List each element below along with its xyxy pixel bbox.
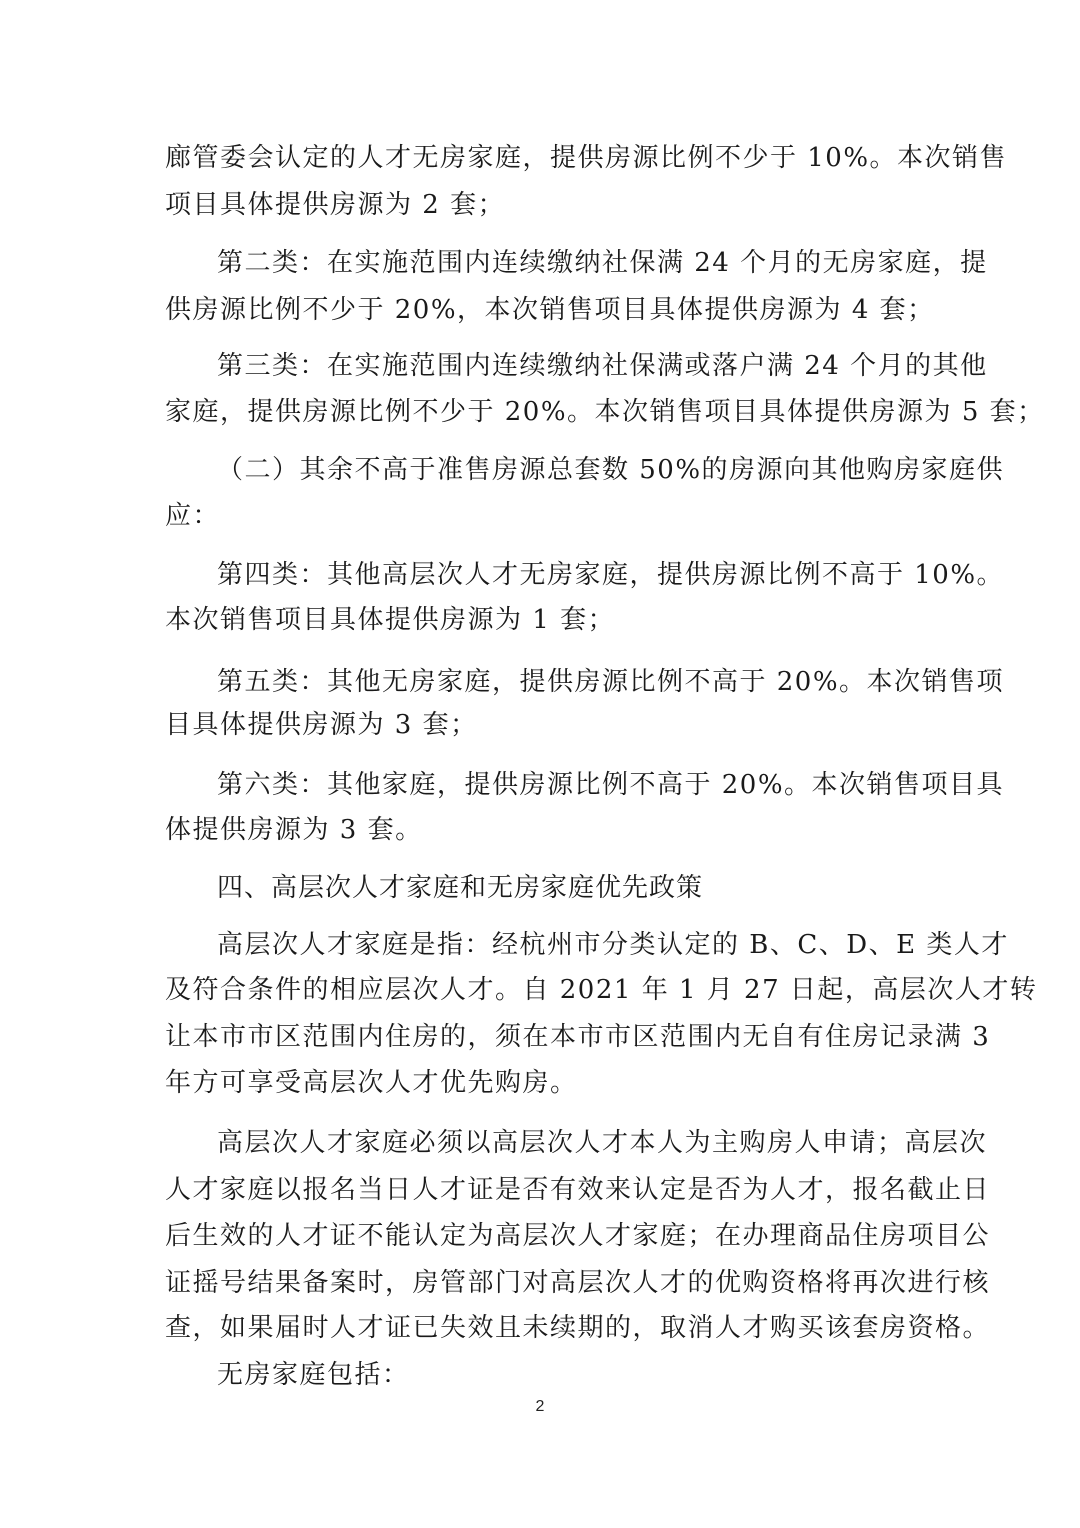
text-line: 廊管委会认定的人才无房家庭，提供房源比例不少于 10%。本次销售 — [165, 141, 917, 175]
paragraph-category-2: 第二类：在实施范围内连续缴纳社保满 24 个月的无房家庭，提 — [217, 246, 917, 280]
text-line: 及符合条件的相应层次人才。自 2021 年 1 月 27 日起，高层次人才转 — [165, 973, 917, 1007]
text-line: 项目具体提供房源为 2 套； — [165, 188, 917, 222]
document-page: 廊管委会认定的人才无房家庭，提供房源比例不少于 10%。本次销售 项目具体提供房… — [0, 0, 1080, 1528]
text-line: 查，如果届时人才证已失效且未续期的，取消人才购买该套房资格。 — [165, 1311, 917, 1345]
page-number: 2 — [0, 1398, 1080, 1416]
text-line: 后生效的人才证不能认定为高层次人才家庭；在办理商品住房项目公 — [165, 1219, 917, 1253]
text-line: 本次销售项目具体提供房源为 1 套； — [165, 603, 917, 637]
paragraph-category-5: 第五类：其他无房家庭，提供房源比例不高于 20%。本次销售项 — [217, 665, 917, 699]
paragraph-talent-definition: 高层次人才家庭是指：经杭州市分类认定的 B、C、D、E 类人才 — [217, 928, 917, 962]
paragraph-section-2: （二）其余不高于准售房源总套数 50%的房源向其他购房家庭供 — [217, 453, 917, 487]
text-line: 应： — [165, 499, 917, 533]
text-line: 供房源比例不少于 20%，本次销售项目具体提供房源为 4 套； — [165, 293, 917, 327]
paragraph-category-4: 第四类：其他高层次人才无房家庭，提供房源比例不高于 10%。 — [217, 558, 917, 592]
text-line: 让本市市区范围内住房的，须在本市市区范围内无自有住房记录满 3 — [165, 1020, 917, 1054]
section-heading: 四、高层次人才家庭和无房家庭优先政策 — [217, 871, 917, 905]
text-line: 家庭，提供房源比例不少于 20%。本次销售项目具体提供房源为 5 套； — [165, 395, 917, 429]
text-line: 人才家庭以报名当日人才证是否有效来认定是否为人才，报名截止日 — [165, 1173, 917, 1207]
paragraph-category-3: 第三类：在实施范围内连续缴纳社保满或落户满 24 个月的其他 — [217, 349, 917, 383]
text-line: 体提供房源为 3 套。 — [165, 813, 917, 847]
paragraph-no-house-families: 无房家庭包括： — [217, 1358, 917, 1392]
paragraph-category-6: 第六类：其他家庭，提供房源比例不高于 20%。本次销售项目具 — [217, 768, 917, 802]
paragraph-talent-application: 高层次人才家庭必须以高层次人才本人为主购房人申请；高层次 — [217, 1126, 917, 1160]
text-line: 目具体提供房源为 3 套； — [165, 708, 917, 742]
text-line: 证摇号结果备案时，房管部门对高层次人才的优购资格将再次进行核 — [165, 1266, 917, 1300]
text-line: 年方可享受高层次人才优先购房。 — [165, 1066, 917, 1100]
